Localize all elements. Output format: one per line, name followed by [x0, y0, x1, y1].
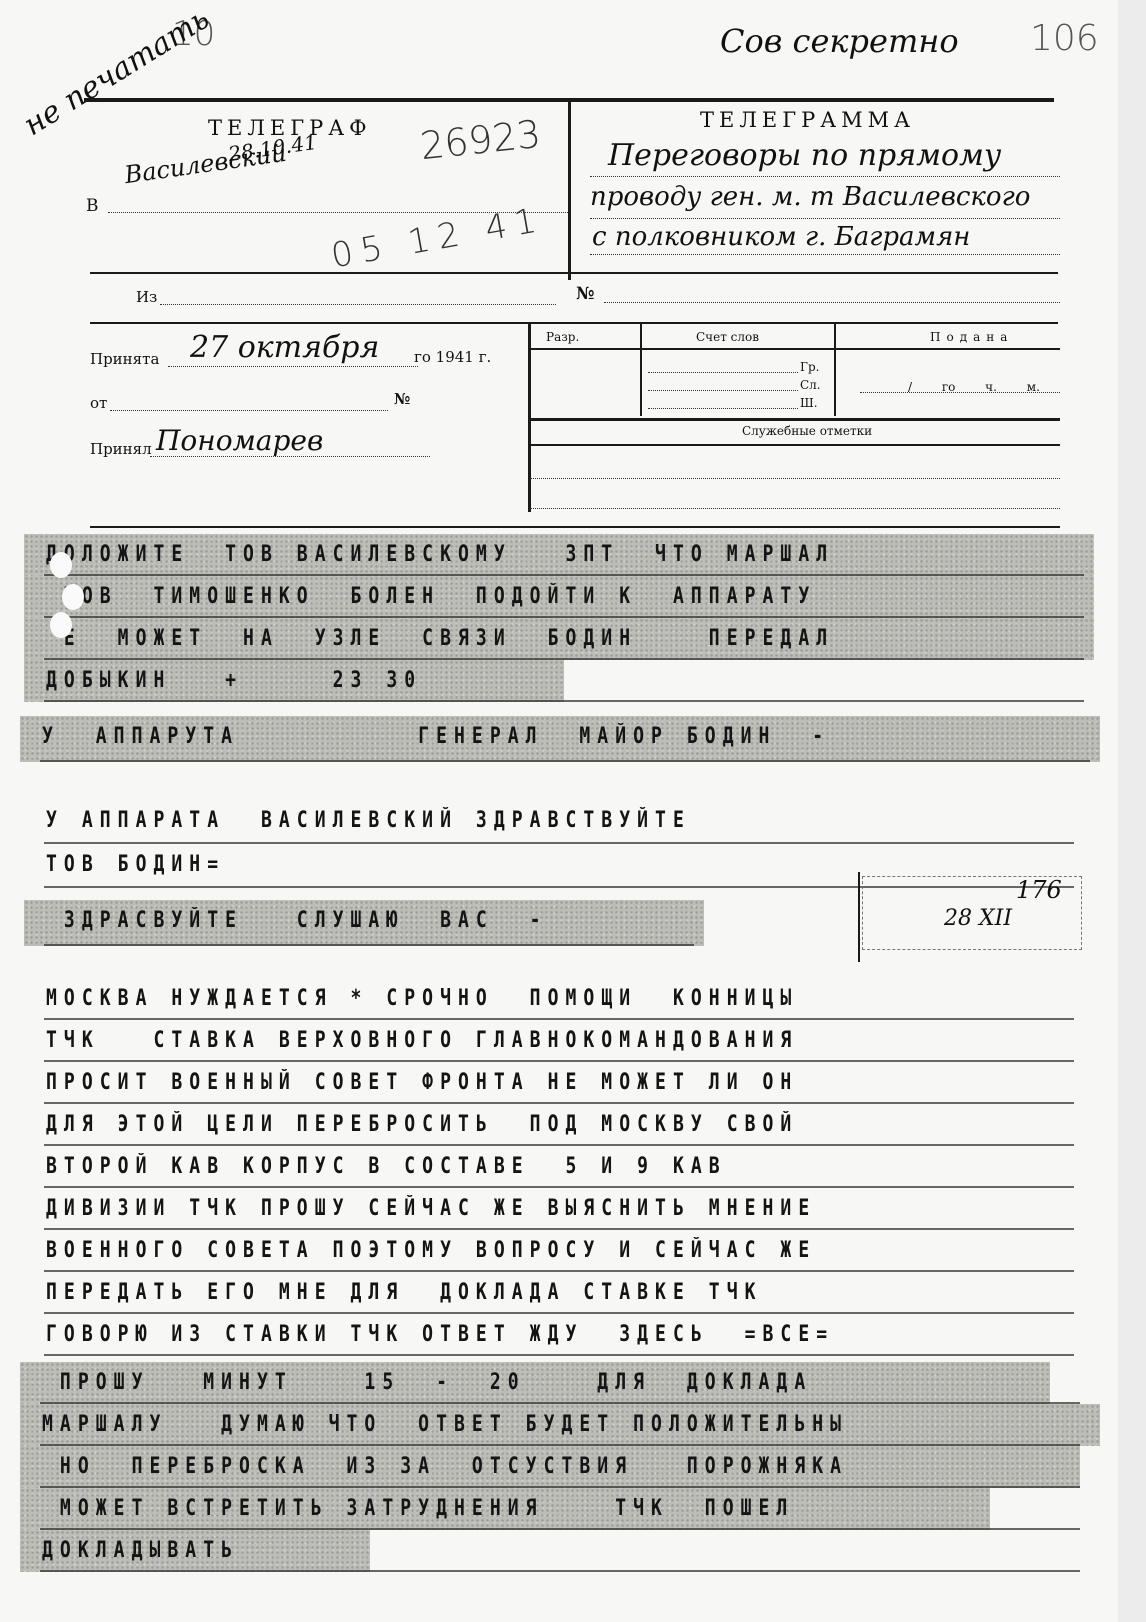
punch-hole	[50, 612, 72, 638]
from2-label: от	[90, 394, 107, 412]
received-year: го 1941 г.	[414, 348, 491, 366]
telegram-line: ПЕРЕДАТЬ ЕГО МНЕ ДЛЯ ДОКЛАДА СТАВКЕ ТЧК	[46, 1280, 763, 1305]
telegram-line: Е МОЖЕТ НА УЗЛЕ СВЯЗИ БОДИН ПЕРЕДАЛ	[46, 626, 834, 651]
word-count-field-3	[648, 408, 798, 409]
telegram-line: ДЛЯ ЭТОЙ ЦЕЛИ ПЕРЕБРОСИТЬ ПОД МОСКВУ СВО…	[46, 1112, 798, 1137]
stamp-frame	[858, 872, 860, 962]
to-field	[108, 212, 568, 213]
service-line-2	[530, 508, 1060, 509]
page-edge	[1118, 0, 1146, 1622]
tape-line-rule	[44, 1144, 1074, 1146]
service-top-rule	[530, 418, 1060, 421]
punch-hole	[62, 584, 84, 610]
to-label: В	[86, 196, 99, 216]
telegram-line: МАРШАЛУ ДУМАЮ ЧТО ОТВЕТ БУДЕТ ПОЛОЖИТЕЛЬ…	[42, 1412, 848, 1437]
subject-line-3: с полковником г. Баграмян	[592, 222, 970, 252]
tape-line-rule	[44, 700, 1084, 702]
telegram-line: ТОВ ТИМОШЕНКО БОЛЕН ПОДОЙТИ К АППАРАТУ	[46, 584, 816, 609]
from-bottom-rule	[90, 322, 1058, 324]
table-header-rule	[530, 348, 1060, 350]
subject-line-1: Переговоры по прямому	[608, 138, 1001, 173]
telegram-line: ДИВИЗИИ ТЧК ПРОШУ СЕЙЧАС ЖЕ ВЫЯСНИТЬ МНЕ…	[46, 1196, 816, 1221]
telegram-line: ТЧК СТАВКА ВЕРХОВНОГО ГЛАВНОКОМАНДОВАНИЯ	[46, 1028, 798, 1053]
accepted-by-signature: Пономарев	[156, 424, 323, 457]
telegram-line: ВТОРОЙ КАВ КОРПУС В СОСТАВЕ 5 И 9 КАВ	[46, 1154, 727, 1179]
telegram-line: У АППАРУТА ГЕНЕРАЛ МАЙОР БОДИН -	[42, 724, 830, 749]
telegram-line: МОСКВА НУЖДАЕТСЯ * СРОЧНО ПОМОЩИ КОННИЦЫ	[46, 986, 798, 1011]
word-count-sh: Ш.	[800, 396, 818, 410]
from2-field	[110, 410, 388, 411]
word-count-field-1	[648, 372, 798, 373]
word-count-groups: Гр.	[800, 360, 819, 374]
telegram-line: МОЖЕТ ВСТРЕТИТЬ ЗАТРУДНЕНИЯ ТЧК ПОШЕЛ	[42, 1496, 794, 1521]
tape-line-rule	[44, 842, 1074, 844]
service-line-1	[530, 478, 1060, 479]
subject-rule-2	[590, 218, 1060, 219]
table-col-divider-2	[834, 324, 836, 416]
telegram-line: ГОВОРЮ ИЗ СТАВКИ ТЧК ОТВЕТ ЖДУ ЗДЕСЬ =ВС…	[46, 1322, 834, 1347]
body-top-rule	[90, 526, 1060, 528]
incoming-stamp-date: 28 XII	[944, 906, 1012, 931]
telegram-line: ВОЕННОГО СОВЕТА ПОЭТОМУ ВОПРОСУ И СЕЙЧАС…	[46, 1238, 816, 1263]
tape-line-rule	[40, 760, 1090, 762]
tape-line-rule	[44, 1228, 1074, 1230]
telegram-line: У АППАРАТА ВАСИЛЕВСКИЙ ЗДРАВСТВУЙТЕ	[46, 808, 691, 833]
tape-line-rule	[44, 1354, 1074, 1356]
number-label: №	[576, 284, 594, 304]
received-field	[168, 366, 418, 367]
telegram-line: ПРОШУ МИНУТ 15 - 20 ДЛЯ ДОКЛАДА	[42, 1370, 812, 1395]
incoming-stamp-number: 176	[1016, 876, 1062, 904]
table-left-border	[528, 322, 531, 512]
subject-rule-3	[590, 254, 1060, 255]
subject-rule-1	[590, 176, 1060, 177]
header-divider	[568, 100, 571, 280]
word-count-field-2	[648, 390, 798, 391]
telegram-line: ПРОСИТ ВОЕННЫЙ СОВЕТ ФРОНТА НЕ МОЖЕТ ЛИ …	[46, 1070, 798, 1095]
service-rule	[530, 444, 1060, 446]
form-title-telegram: ТЕЛЕГРАММА	[700, 108, 915, 132]
tape-line-rule	[40, 1570, 1080, 1572]
col-category: Разр.	[546, 330, 579, 344]
telegram-line: НО ПЕРЕБРОСКА ИЗ ЗА ОТСУСТВИЯ ПОРОЖНЯКА	[42, 1454, 848, 1479]
tape-line-rule	[44, 1186, 1074, 1188]
tape-line-rule	[44, 944, 694, 946]
received-label: Принята	[90, 350, 159, 368]
accepted-by-label: Принял	[90, 440, 152, 458]
tape-line-rule	[44, 1312, 1074, 1314]
tape-line-rule	[44, 1018, 1074, 1020]
service-marks-label: Служебные отметки	[742, 424, 872, 438]
tape-line-rule	[44, 1102, 1074, 1104]
received-date: 27 октября	[190, 330, 379, 365]
form-title-telegraph: ТЕЛЕГРАФ	[208, 116, 372, 140]
archive-page-number: 106	[1030, 18, 1099, 59]
number2-label: №	[394, 390, 410, 408]
telegram-line: ЗДРАСВУЙТЕ СЛУШАЮ ВАС -	[46, 908, 548, 933]
from-label: Из	[136, 288, 157, 306]
telegram-line: ДОБЫКИН + 23 30	[46, 668, 422, 693]
word-count-words: Сл.	[800, 378, 821, 392]
from-field	[160, 304, 556, 305]
telegram-line: ДОЛОЖИТЕ ТОВ ВАСИЛЕВСКОМУ ЗПТ ЧТО МАРШАЛ	[46, 542, 834, 567]
punch-hole	[50, 552, 72, 578]
telegram-line: ДОКЛАДЫВАТЬ	[42, 1538, 239, 1563]
col-word-count: Счет слов	[696, 330, 759, 344]
subject-line-2: проводу ген. м. т Василевского	[590, 182, 1030, 212]
tape-line-rule	[44, 1060, 1074, 1062]
telegram-line: ТОВ БОДИН=	[46, 852, 225, 877]
submitted-template: / го ч. м.	[908, 380, 1040, 394]
classification-mark: Сов секретно	[720, 22, 959, 60]
number-field	[604, 302, 1060, 303]
col-submitted: Подана	[930, 330, 1013, 344]
tape-line-rule	[44, 1270, 1074, 1272]
table-col-divider-1	[640, 324, 642, 416]
from-top-rule	[90, 272, 1058, 274]
